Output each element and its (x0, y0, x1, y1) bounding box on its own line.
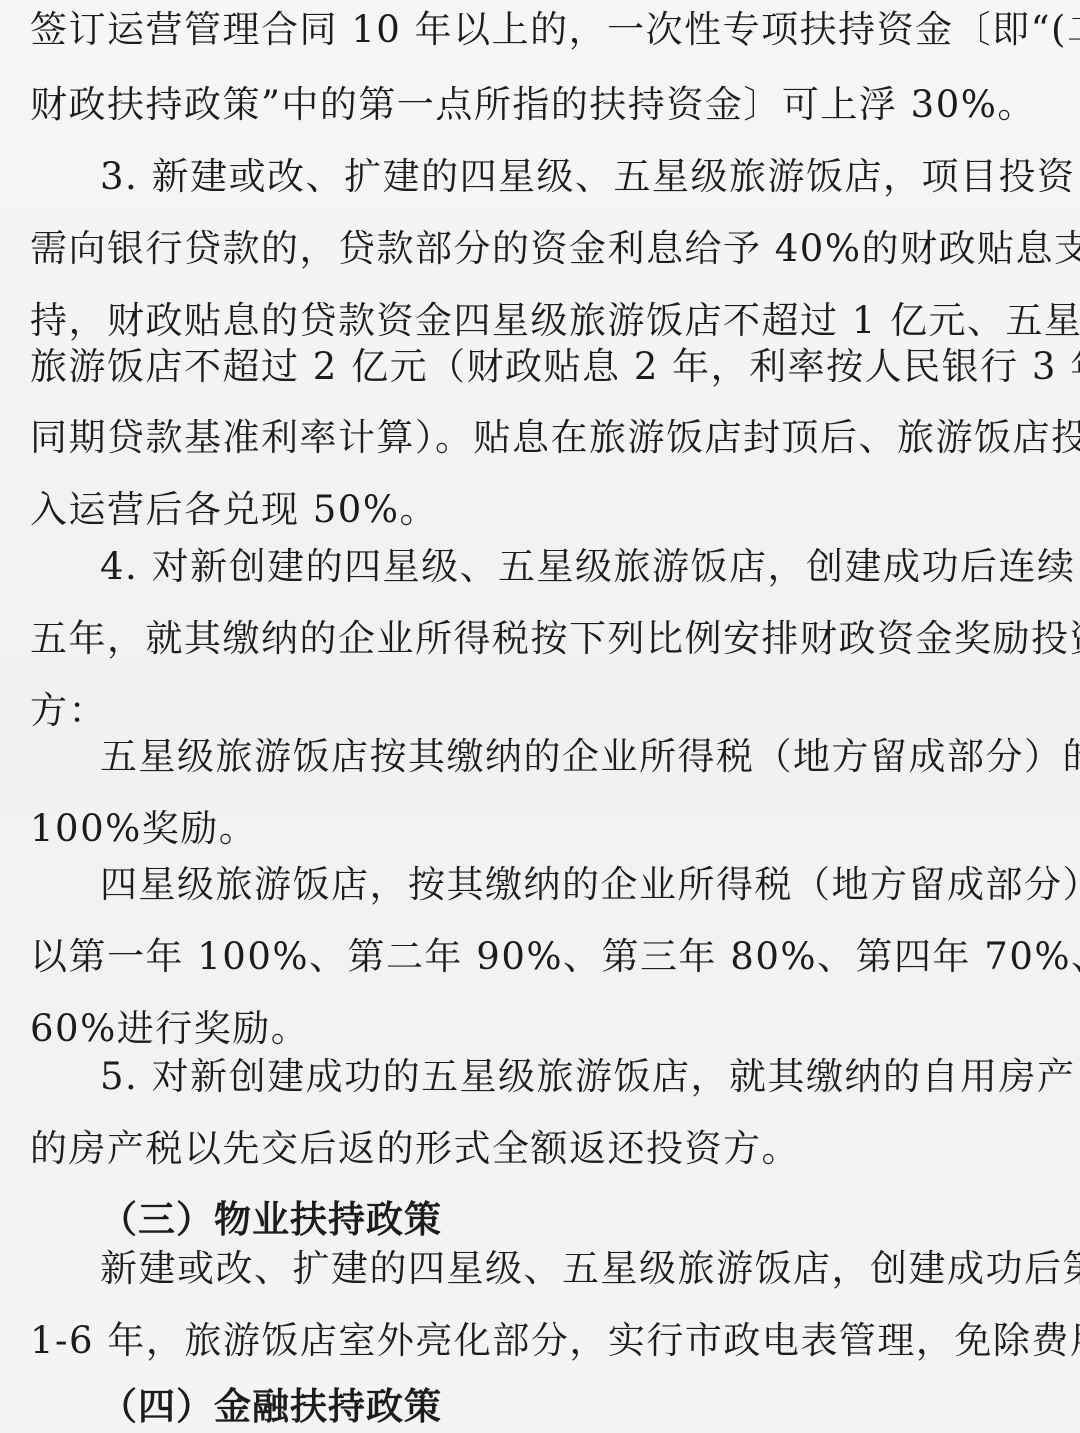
text-line: 4. 对新创建的四星级、五星级旅游饭店，创建成功后连续 (100, 545, 1055, 589)
text-line: 五星级旅游饭店按其缴纳的企业所得税（地方留成部分）的 (100, 735, 1055, 779)
text-line: 60%进行奖励。 (30, 1007, 1055, 1051)
text-line: 五年，就其缴纳的企业所得税按下列比例安排财政资金奖励投资 (30, 617, 1055, 661)
text-line: 5. 对新创建成功的五星级旅游饭店，就其缴纳的自用房产 (100, 1055, 1055, 1099)
section-heading: （四）金融扶持政策 (100, 1385, 1055, 1429)
text-line: 3. 新建或改、扩建的四星级、五星级旅游饭店，项目投资 (100, 155, 1055, 199)
text-line: 入运营后各兑现 50%。 (30, 488, 1055, 532)
text-line: 1-6 年，旅游饭店室外亮化部分，实行市政电表管理，免除费用。 (30, 1319, 1055, 1363)
text-line: 新建或改、扩建的四星级、五星级旅游饭店，创建成功后第 (100, 1247, 1055, 1291)
text-line: 财政扶持政策”中的第一点所指的扶持资金〕可上浮 30%。 (30, 83, 1055, 127)
text-line: 的房产税以先交后返的形式全额返还投资方。 (30, 1127, 1055, 1171)
text-line: 方： (30, 689, 1055, 733)
text-line: 签订运营管理合同 10 年以上的，一次性专项扶持资金〔即“(二) (30, 8, 1055, 52)
document-page: 签订运营管理合同 10 年以上的，一次性专项扶持资金〔即“(二)财政扶持政策”中… (0, 0, 1080, 1433)
text-line: 需向银行贷款的，贷款部分的资金利息给予 40%的财政贴息支 (30, 227, 1055, 271)
text-line: 四星级旅游饭店，按其缴纳的企业所得税（地方留成部分） (100, 863, 1055, 907)
text-line: 旅游饭店不超过 2 亿元（财政贴息 2 年，利率按人民银行 3 年期 (30, 345, 1055, 389)
text-line: 以第一年 100%、第二年 90%、第三年 80%、第四年 70%、第五年 (30, 935, 1055, 979)
section-heading: （三）物业扶持政策 (100, 1198, 1055, 1242)
text-line: 100%奖励。 (30, 807, 1055, 851)
text-line: 持，财政贴息的贷款资金四星级旅游饭店不超过 1 亿元、五星级 (30, 299, 1055, 343)
text-line: 同期贷款基准利率计算）。贴息在旅游饭店封顶后、旅游饭店投 (30, 416, 1055, 460)
